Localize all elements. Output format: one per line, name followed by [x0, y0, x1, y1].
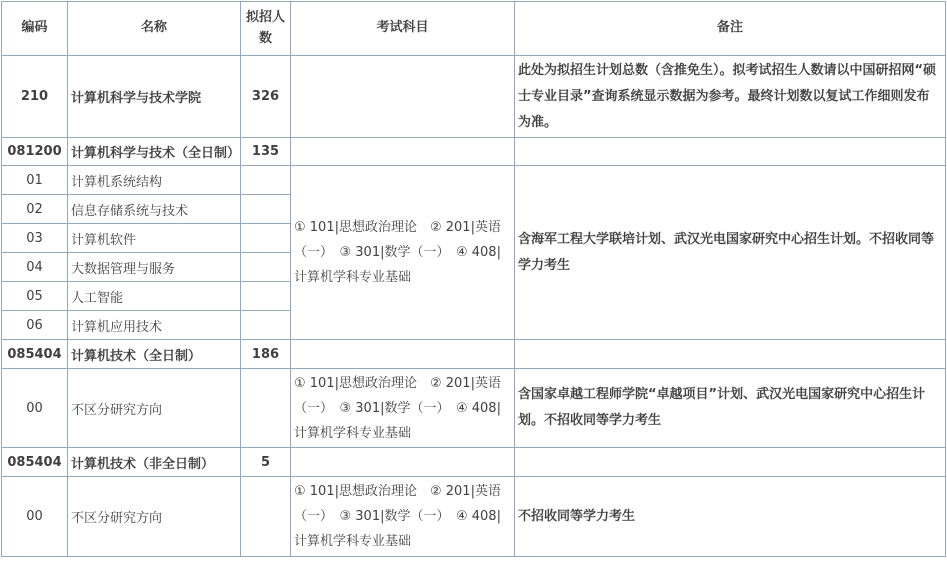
cell-code: 04: [2, 253, 68, 282]
cell-code: 085404: [2, 340, 68, 369]
cell-subjects-professional-full-time: ① 101|思想政治理论 ② 201|英语（一） ③ 301|数学（一） ④ 4…: [291, 369, 515, 448]
cell-code: 05: [2, 282, 68, 311]
col-header-subjects: 考试科目: [291, 2, 515, 56]
cell-quota-empty: [241, 311, 291, 340]
table-row-group-085404-part-time: 085404 计算机技术（非全日制） 5: [2, 448, 946, 477]
cell-quota-empty: [241, 166, 291, 195]
col-header-remark: 备注: [515, 2, 946, 56]
cell-subjects-empty: [291, 138, 515, 166]
table-row-college: 210 计算机科学与技术学院 326 此处为拟招生计划总数（含推免生）。拟考试招…: [2, 56, 946, 138]
cell-name: 不区分研究方向: [68, 477, 241, 557]
table-row-direction-00-part-time: 00 不区分研究方向 ① 101|思想政治理论 ② 201|英语（一） ③ 30…: [2, 477, 946, 557]
cell-quota: 135: [241, 138, 291, 166]
table-header-row: 编码 名称 拟招人数 考试科目 备注: [2, 2, 946, 56]
cell-subjects-empty: [291, 448, 515, 477]
table-row-group-085404-full-time: 085404 计算机技术（全日制） 186: [2, 340, 946, 369]
col-header-name: 名称: [68, 2, 241, 56]
col-header-quota: 拟招人数: [241, 2, 291, 56]
cell-subjects-academic: ① 101|思想政治理论 ② 201|英语（一） ③ 301|数学（一） ④ 4…: [291, 166, 515, 340]
cell-quota-empty: [241, 282, 291, 311]
cell-name: 计算机应用技术: [68, 311, 241, 340]
cell-name: 计算机科学与技术（全日制）: [68, 138, 241, 166]
cell-quota: 5: [241, 448, 291, 477]
cell-name: 计算机系统结构: [68, 166, 241, 195]
cell-remark-empty: [515, 448, 946, 477]
cell-code: 085404: [2, 448, 68, 477]
cell-quota: 186: [241, 340, 291, 369]
table-row-direction-00-full-time: 00 不区分研究方向 ① 101|思想政治理论 ② 201|英语（一） ③ 30…: [2, 369, 946, 448]
cell-code: 03: [2, 224, 68, 253]
cell-code: 00: [2, 477, 68, 557]
cell-quota-empty: [241, 369, 291, 448]
cell-subjects-empty: [291, 56, 515, 138]
cell-quota-empty: [241, 195, 291, 224]
admissions-table: 编码 名称 拟招人数 考试科目 备注 210 计算机科学与技术学院 326 此处…: [1, 1, 946, 557]
cell-remark-empty: [515, 138, 946, 166]
cell-code: 06: [2, 311, 68, 340]
cell-name: 计算机技术（非全日制）: [68, 448, 241, 477]
cell-name: 人工智能: [68, 282, 241, 311]
col-header-code: 编码: [2, 2, 68, 56]
cell-code: 210: [2, 56, 68, 138]
cell-quota-empty: [241, 253, 291, 282]
cell-subjects-professional-part-time: ① 101|思想政治理论 ② 201|英语（一） ③ 301|数学（一） ④ 4…: [291, 477, 515, 557]
cell-code: 00: [2, 369, 68, 448]
cell-subjects-empty: [291, 340, 515, 369]
cell-remark-college: 此处为拟招生计划总数（含推免生）。拟考试招生人数请以中国研招网“硕士专业目录”查…: [515, 56, 946, 138]
table-row-group-081200: 081200 计算机科学与技术（全日制） 135: [2, 138, 946, 166]
cell-name: 计算机软件: [68, 224, 241, 253]
cell-name: 不区分研究方向: [68, 369, 241, 448]
cell-remark-professional-part-time: 不招收同等学力考生: [515, 477, 946, 557]
cell-name: 计算机技术（全日制）: [68, 340, 241, 369]
cell-name: 信息存储系统与技术: [68, 195, 241, 224]
admissions-page: 编码 名称 拟招人数 考试科目 备注 210 计算机科学与技术学院 326 此处…: [0, 0, 947, 572]
cell-remark-professional-full-time: 含国家卓越工程师学院“卓越项目”计划、武汉光电国家研究中心招生计划。不招收同等学…: [515, 369, 946, 448]
cell-name: 计算机科学与技术学院: [68, 56, 241, 138]
cell-remark-academic-full-time: 含海军工程大学联培计划、武汉光电国家研究中心招生计划。不招收同等学力考生: [515, 166, 946, 340]
cell-remark-empty: [515, 340, 946, 369]
cell-code: 01: [2, 166, 68, 195]
cell-quota-empty: [241, 477, 291, 557]
table-row-direction: 01 计算机系统结构 ① 101|思想政治理论 ② 201|英语（一） ③ 30…: [2, 166, 946, 195]
cell-quota-empty: [241, 224, 291, 253]
cell-quota: 326: [241, 56, 291, 138]
cell-code: 081200: [2, 138, 68, 166]
cell-name: 大数据管理与服务: [68, 253, 241, 282]
cell-code: 02: [2, 195, 68, 224]
